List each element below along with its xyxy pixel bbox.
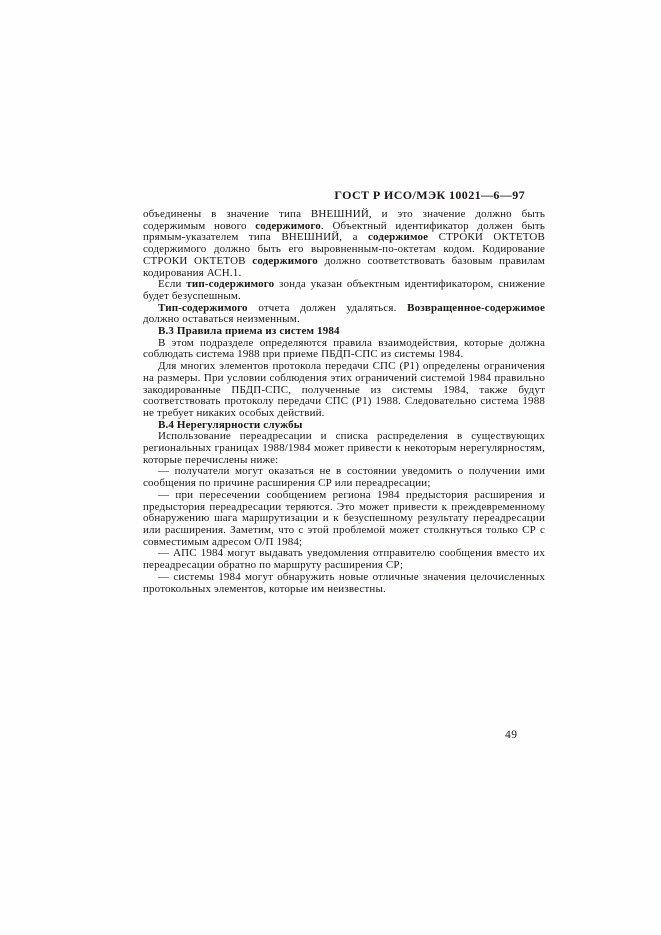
document-body: объединены в значение типа ВНЕШНИЙ, и эт…	[143, 209, 545, 595]
text-run: Использование переадресации и списка рас…	[143, 430, 545, 465]
bold-term: содержимого	[252, 255, 318, 267]
paragraph: Для многих элементов протокола передачи …	[143, 361, 545, 420]
bold-term: тип-содержимого	[186, 278, 274, 290]
text-run: В этом подразделе определяются правила в…	[143, 337, 545, 361]
page-number: 49	[505, 729, 518, 741]
paragraph: объединены в значение типа ВНЕШНИЙ, и эт…	[143, 209, 545, 279]
text-run: должно оставаться неизменным.	[143, 313, 300, 325]
running-header: ГОСТ Р ИСО/МЭК 10021—6—97	[143, 188, 545, 203]
bold-term: содержимое	[368, 231, 428, 243]
paragraph: — при пересечении сообщением региона 198…	[143, 490, 545, 549]
paragraph: — АПС 1984 могут выдавать уведомления от…	[143, 548, 545, 571]
bold-term: Тип-содержимого	[158, 302, 248, 314]
text-run: Для многих элементов протокола передачи …	[143, 360, 545, 419]
text-run: Если	[158, 278, 186, 290]
paragraph: Тип-содержимого отчета должен удаляться.…	[143, 303, 545, 326]
text-run: — при пересечении сообщением региона 198…	[143, 489, 545, 548]
paragraph: Использование переадресации и списка рас…	[143, 431, 545, 466]
bold-term: содержимого	[255, 220, 321, 232]
paragraph: Если тип-содержимого зонда указан объект…	[143, 279, 545, 302]
text-run: — системы 1984 могут обнаружить новые от…	[143, 571, 545, 595]
text-run: — получатели могут оказаться не в состоя…	[143, 465, 545, 489]
paragraph: — получатели могут оказаться не в состоя…	[143, 466, 545, 489]
bold-term: Возвращенное-содержимое	[407, 302, 545, 314]
paragraph: В этом подразделе определяются правила в…	[143, 338, 545, 361]
text-run: отчета должен удаляться.	[248, 302, 407, 314]
bold-term: В.4 Нерегулярности службы	[158, 419, 303, 431]
text-run: — АПС 1984 могут выдавать уведомления от…	[143, 547, 545, 571]
document-page: ГОСТ Р ИСО/МЭК 10021—6—97 объединены в з…	[0, 0, 661, 935]
paragraph: — системы 1984 могут обнаружить новые от…	[143, 572, 545, 595]
bold-term: В.3 Правила приема из систем 1984	[158, 325, 340, 337]
